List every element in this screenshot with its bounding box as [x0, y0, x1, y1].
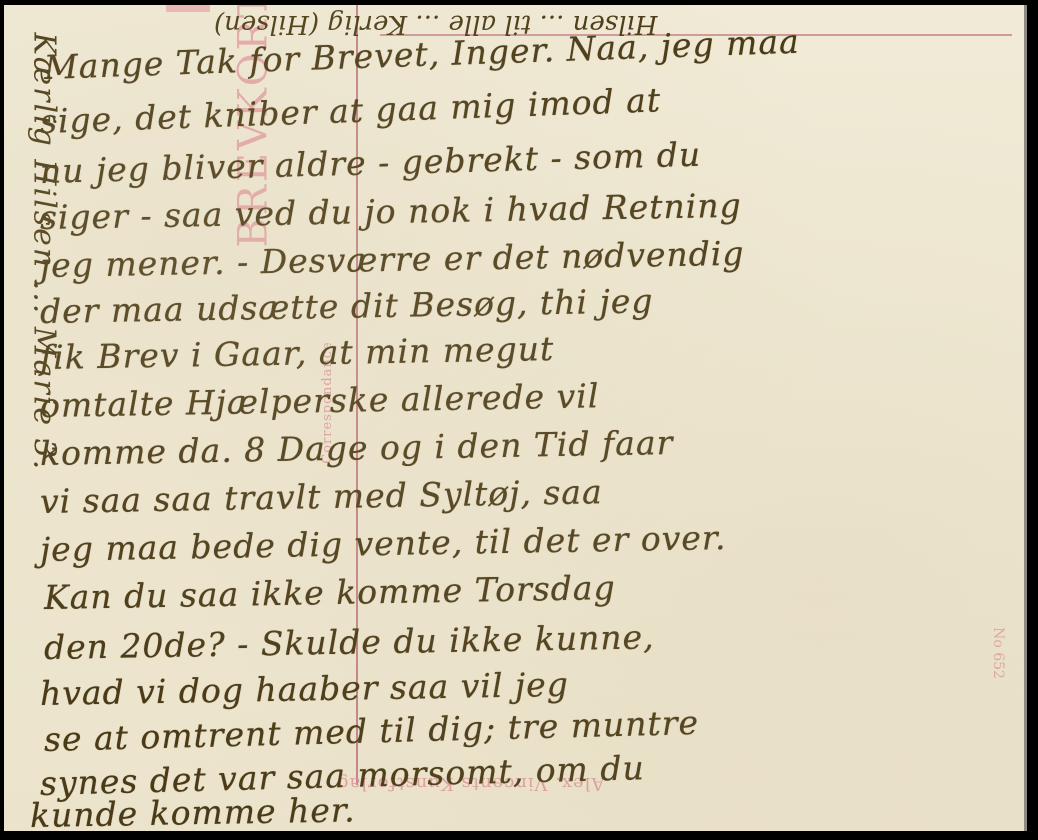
- handwritten-line-2: sige, det kniber at gaa mig imod at: [39, 83, 661, 138]
- printed-serial-number: No 652: [990, 627, 1006, 679]
- handwritten-line-17: kunde komme her.: [30, 793, 356, 831]
- handwritten-line-8: omtalte Hjælperske allerede vil: [40, 379, 600, 422]
- handwritten-line-12: Kan du saa ikke komme Torsdag: [44, 571, 616, 614]
- handwritten-line-9: komme da. 8 Dage og i den Tid faar: [40, 426, 674, 470]
- handwritten-line-13: den 20de? - Skulde du ikke kunne,: [44, 620, 655, 664]
- handwritten-line-4: siger - saa ved du jo nok i hvad Retning: [40, 189, 742, 234]
- handwritten-line-11: jeg maa bede dig vente, til det er over.: [40, 521, 727, 566]
- print-stamp-box: [166, 5, 210, 12]
- postcard: BREVKORT Correspondance Alex. Vincents K…: [4, 5, 1027, 831]
- handwritten-line-3: nu jeg bliver aldre - gebrekt - som du: [40, 138, 702, 188]
- handwritten-line-7: fik Brev i Gaar, at min megut: [40, 332, 555, 374]
- handwritten-line-14: hvad vi dog haaber saa vil jeg: [40, 668, 569, 710]
- handwritten-line-10: vi saa saa travlt med Syltøj, saa: [40, 475, 603, 518]
- handwritten-line-5: jeg mener. - Desværre er det nødvendig: [40, 237, 745, 282]
- handwritten-line-6: der maa udsætte dit Besøg, thi jeg: [40, 284, 654, 328]
